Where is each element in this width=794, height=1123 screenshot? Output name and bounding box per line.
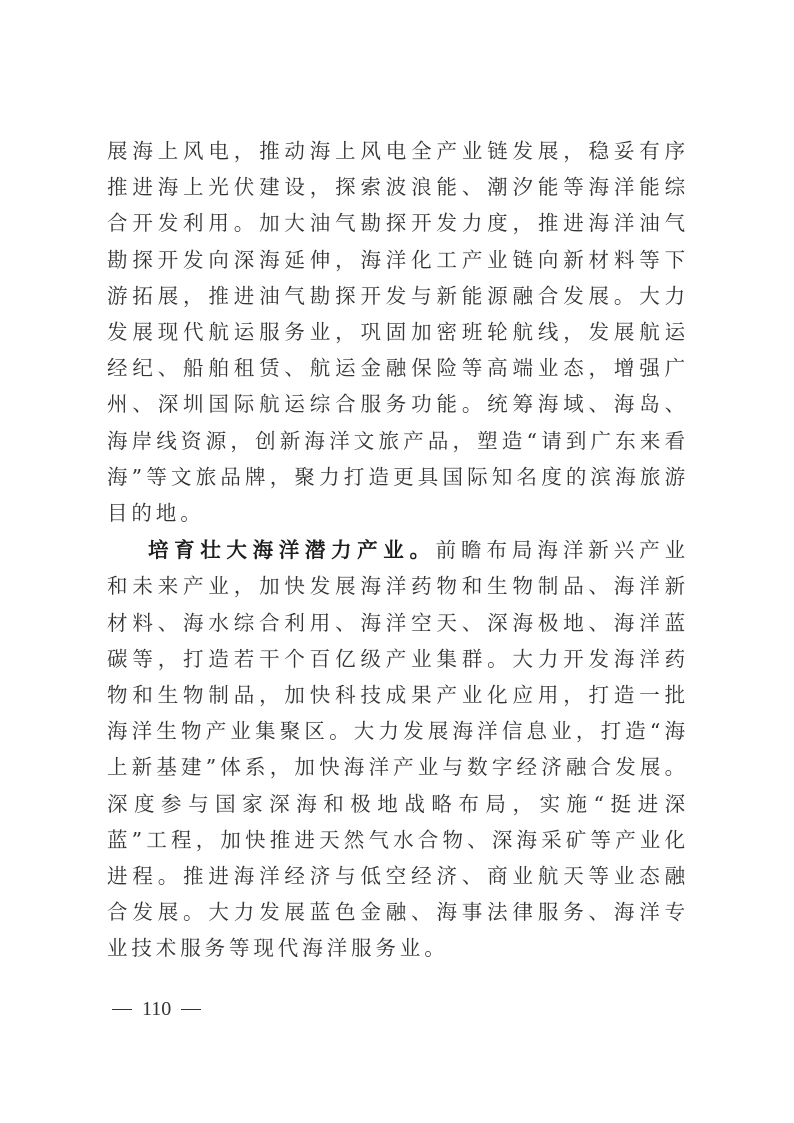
paragraph-marine-potential-industries: 培育壮大海洋潜力产业。前瞻布局海洋新兴产业和未来产业，加快发展海洋药物和生物制品… <box>107 532 689 966</box>
paragraph-text: 前瞻布局海洋新兴产业和未来产业，加快发展海洋药物和生物制品、海洋新材料、海水综合… <box>107 538 689 960</box>
page-number: 110 <box>142 998 171 1021</box>
page-footer: 110 <box>112 998 201 1021</box>
dash-left-decoration <box>112 1009 132 1011</box>
paragraph-lead-heading: 培育壮大海洋潜力产业。 <box>148 538 436 562</box>
dash-right-decoration <box>181 1009 201 1011</box>
document-body: 展海上风电，推动海上风电全产业链发展，稳妥有序推进海上光伏建设，探索波浪能、潮汐… <box>107 133 689 967</box>
paragraph-text: 展海上风电，推动海上风电全产业链发展，稳妥有序推进海上光伏建设，探索波浪能、潮汐… <box>107 139 689 525</box>
paragraph-continuation: 展海上风电，推动海上风电全产业链发展，稳妥有序推进海上光伏建设，探索波浪能、潮汐… <box>107 133 689 531</box>
